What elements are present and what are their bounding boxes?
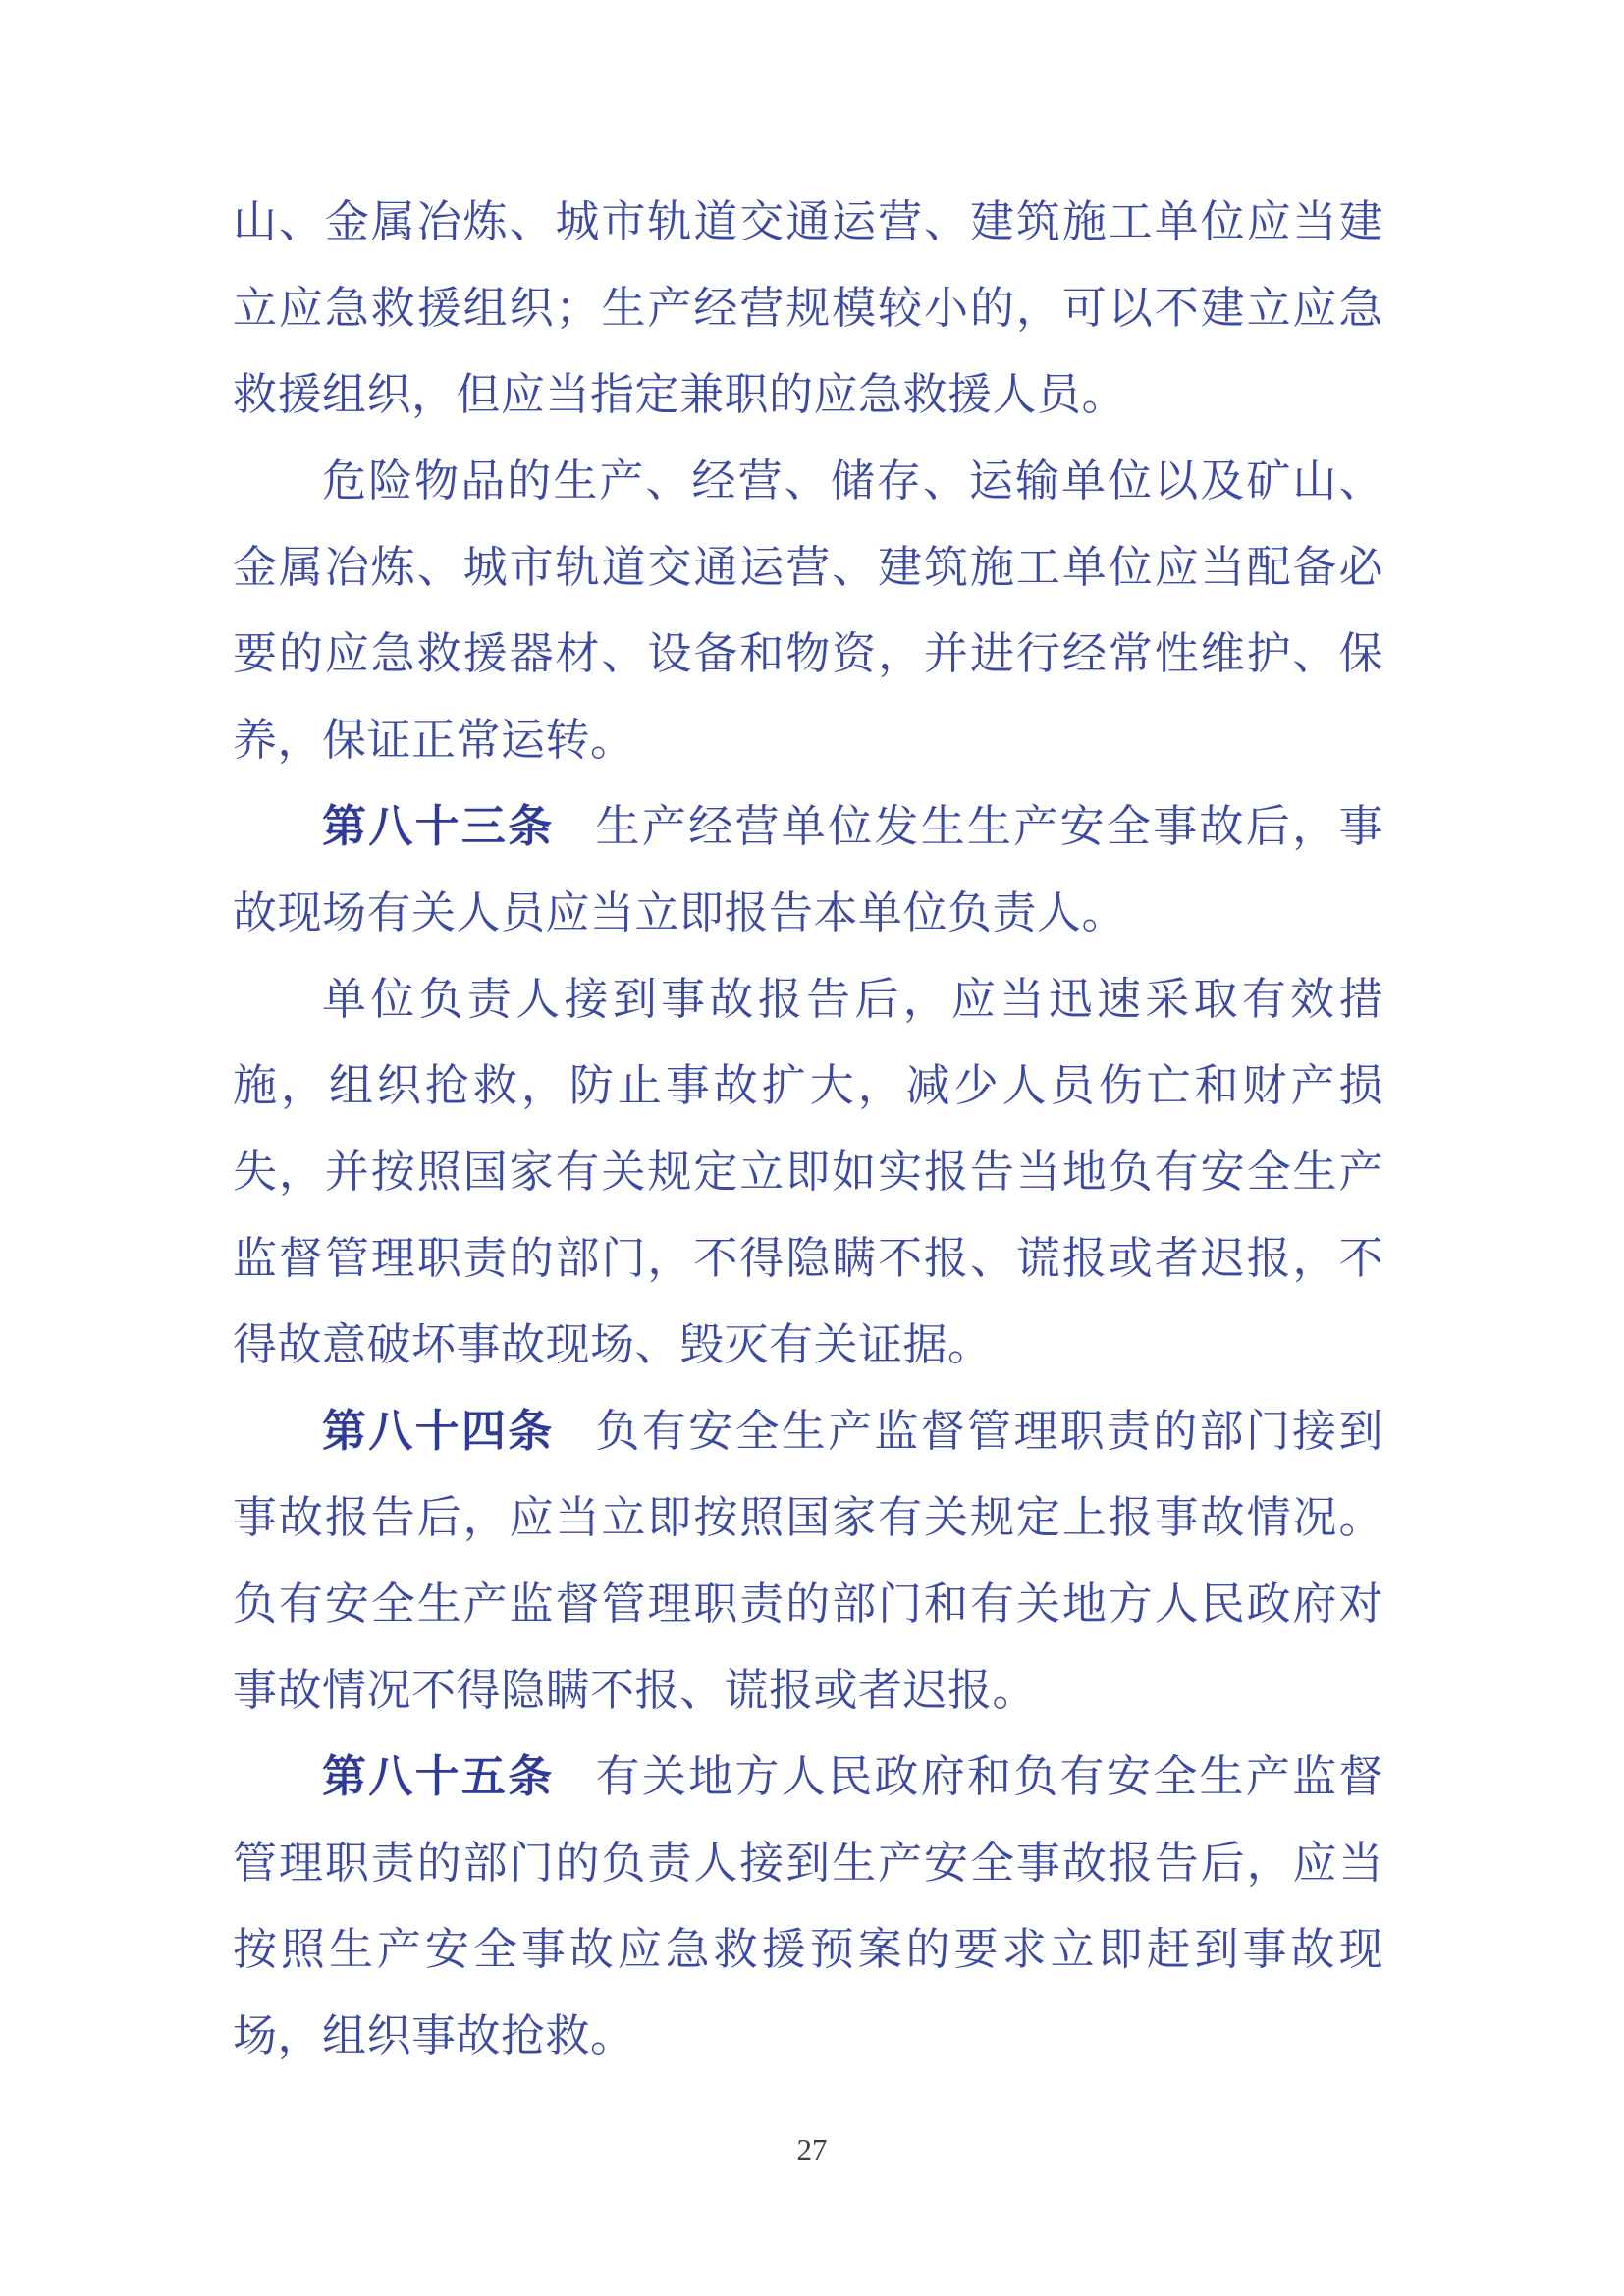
paragraph: 危险物品的生产、经营、储存、运输单位以及矿山、金属冶炼、城市轨道交通运营、建筑施… [233, 438, 1383, 783]
paragraph-text: 单位负责人接到事故报告后，应当迅速采取有效措施，组织抢救，防止事故扩大，减少人员… [233, 975, 1383, 1369]
article-number: 第八十五条 [322, 1752, 555, 1801]
article-number: 第八十三条 [322, 802, 555, 851]
article-number: 第八十四条 [322, 1407, 555, 1456]
article-paragraph: 第八十三条生产经营单位发生生产安全事故后，事故现场有关人员应当立即报告本单位负责… [233, 783, 1383, 956]
article-paragraph: 第八十五条有关地方人民政府和负有安全生产监督管理职责的部门的负责人接到生产安全事… [233, 1734, 1383, 2079]
paragraph: 山、金属冶炼、城市轨道交通运营、建筑施工单位应当建立应急救援组织；生产经营规模较… [233, 179, 1383, 438]
document-page: 山、金属冶炼、城市轨道交通运营、建筑施工单位应当建立应急救援组织；生产经营规模较… [0, 0, 1624, 2296]
document-body: 山、金属冶炼、城市轨道交通运营、建筑施工单位应当建立应急救援组织；生产经营规模较… [233, 179, 1383, 2079]
paragraph-text: 危险物品的生产、经营、储存、运输单位以及矿山、金属冶炼、城市轨道交通运营、建筑施… [233, 456, 1383, 765]
paragraph: 单位负责人接到事故报告后，应当迅速采取有效措施，组织抢救，防止事故扩大，减少人员… [233, 956, 1383, 1388]
page-number: 27 [0, 2132, 1624, 2167]
article-paragraph: 第八十四条负有安全生产监督管理职责的部门接到事故报告后，应当立即按照国家有关规定… [233, 1388, 1383, 1734]
paragraph-text: 山、金属冶炼、城市轨道交通运营、建筑施工单位应当建立应急救援组织；生产经营规模较… [233, 197, 1383, 419]
